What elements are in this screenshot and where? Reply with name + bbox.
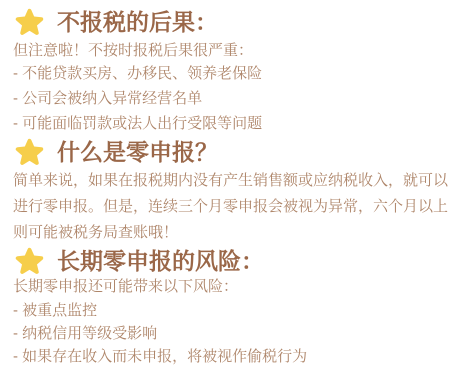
paragraph-line: 简单来说，如果在报税期内没有产生销售额或应纳税收入，就可以: [13, 168, 454, 194]
bullet-line: - 不能贷款买房、办移民、领养老保险: [13, 61, 454, 86]
paragraph-line: 进行零申报。但是，连续三个月零申报会被视为异常，六个月以上: [13, 194, 454, 220]
section-paragraph: 简单来说，如果在报税期内没有产生销售额或应纳税收入，就可以 进行零申报。但是，连…: [13, 168, 454, 246]
section-2-heading: 什么是零申报？: [13, 138, 454, 166]
section-title: 长期零申报的风险：: [57, 247, 264, 275]
star-icon: [15, 247, 44, 275]
section-what-is-zero-declaration: 什么是零申报？ 简单来说，如果在报税期内没有产生销售额或应纳税收入，就可以 进行…: [13, 138, 454, 246]
section-intro: 长期零申报还可能带来以下风险：: [13, 277, 454, 297]
section-1-heading: 不报税的后果：: [13, 8, 454, 36]
paragraph-line: 则可能被税务局查账哦！: [13, 220, 454, 246]
section-3-heading: 长期零申报的风险：: [13, 247, 454, 275]
bullet-line: - 公司会被纳入异常经营名单: [13, 86, 454, 111]
bullet-list: - 被重点监控 - 纳税信用等级受影响 - 如果存在收入而未申报，将被视作偷税行…: [13, 299, 454, 368]
section-title: 不报税的后果：: [57, 8, 218, 36]
article-page: 不报税的后果： 但注意啦！不按时报税后果很严重： - 不能贷款买房、办移民、领养…: [0, 0, 459, 368]
section-long-term-zero-declaration-risks: 长期零申报的风险： 长期零申报还可能带来以下风险： - 被重点监控 - 纳税信用…: [13, 247, 454, 368]
bullet-line: - 可能面临罚款或法人出行受限等问题: [13, 111, 454, 136]
star-icon: [15, 8, 44, 36]
bullet-line: - 被重点监控: [13, 299, 454, 322]
bullet-line: - 如果存在收入而未申报，将被视作偷税行为: [13, 345, 454, 368]
bullet-line: - 纳税信用等级受影响: [13, 322, 454, 345]
section-intro: 但注意啦！不按时报税后果很严重：: [13, 41, 454, 61]
section-no-tax-filing-consequences: 不报税的后果： 但注意啦！不按时报税后果很严重： - 不能贷款买房、办移民、领养…: [13, 8, 454, 136]
section-title: 什么是零申报？: [57, 138, 218, 166]
star-icon: [15, 138, 44, 166]
bullet-list: - 不能贷款买房、办移民、领养老保险 - 公司会被纳入异常经营名单 - 可能面临…: [13, 61, 454, 136]
